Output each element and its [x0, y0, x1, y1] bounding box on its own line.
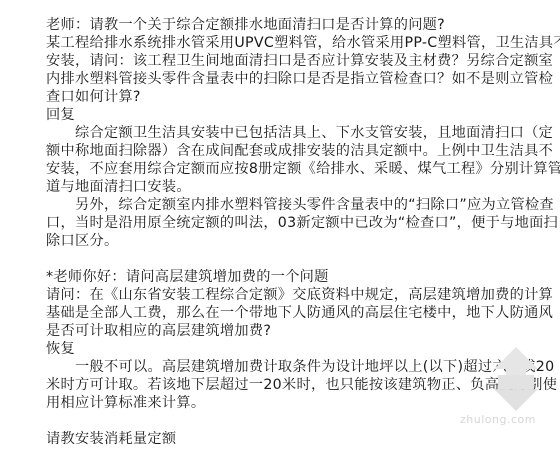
question-text: 是否可计取相应的高层建筑增加费? — [46, 322, 521, 340]
document-body: 老师：请教一个关于综合定额排水地面清扫口是否计算的问题? 某工程给排水系统排水管… — [46, 16, 521, 448]
blank-line — [46, 250, 521, 268]
question-text: 请问：在《山东省安装工程综合定额》交底资料中规定，高层建筑增加费的计算 — [46, 286, 521, 304]
reply-text: 综合定额卫生洁具安装中已包括洁具上、下水支管安装，且地面清扫口（定 — [46, 124, 521, 142]
question-text: 内排水塑料管接头零件含量表中的扫除口是否是指立管检查口？如不是则立管检 — [46, 70, 521, 88]
question-text: 安装，请问：该工程卫生间地面清扫口是否应计算安装及主材费？另综合定额室 — [46, 52, 521, 70]
reply-text: 用相应计算标准来计算。 — [46, 394, 521, 412]
reply-heading: 恢复 — [46, 340, 521, 358]
reply-text: 一般不可以。高层建筑增加费计取条件为设计地坪以上(以下)超过六层或20 — [46, 358, 521, 376]
section-highrise-fee-question: *老师你好：请问高层建筑增加费的一个问题 请问：在《山东省安装工程综合定额》交底… — [46, 268, 521, 412]
reply-heading: 回复 — [46, 106, 521, 124]
question-text: 基础是全部人工费，那么在一个带地下人防通风的高层住宅楼中，地下人防通风 — [46, 304, 521, 322]
reply-text: 另外，综合定额室内排水塑料管接头零件含量表中的“扫除口”应为立管检查 — [46, 196, 521, 214]
section-consumption-quota: 请教安装消耗量定额 — [46, 430, 521, 448]
reply-text: 除口区分。 — [46, 232, 521, 250]
section-cleanout-question: 老师：请教一个关于综合定额排水地面清扫口是否计算的问题? 某工程给排水系统排水管… — [46, 16, 521, 250]
question-title: 请教安装消耗量定额 — [46, 430, 521, 448]
reply-text: 额中称地面扫除器）含在成间配套或成排安装的洁具定额中。上例中卫生洁具不 — [46, 142, 521, 160]
reply-text: 道与地面清扫口安装。 — [46, 178, 521, 196]
reply-text: 安装，不应套用综合定额而应按8册定额《给排水、采暖、煤气工程》分别计算管 — [46, 160, 521, 178]
reply-text: 米时方可计取。若该地下层超过一20米时，也只能按该建筑物正、负高度分别使 — [46, 376, 521, 394]
blank-line — [46, 412, 521, 430]
question-text: 某工程给排水系统排水管采用UPVC塑料管，给水管采用PP-C塑料管，卫生洁具不 — [46, 34, 521, 52]
reply-text: 口，当时是沿用原全统定额的叫法，03新定额中已改为“检查口”，便于与地面扫 — [46, 214, 521, 232]
question-title: *老师你好：请问高层建筑增加费的一个问题 — [46, 268, 521, 286]
question-title: 老师：请教一个关于综合定额排水地面清扫口是否计算的问题? — [46, 16, 521, 34]
question-text: 查口如何计算? — [46, 88, 521, 106]
watermark-text: zhulong.com — [460, 413, 536, 426]
